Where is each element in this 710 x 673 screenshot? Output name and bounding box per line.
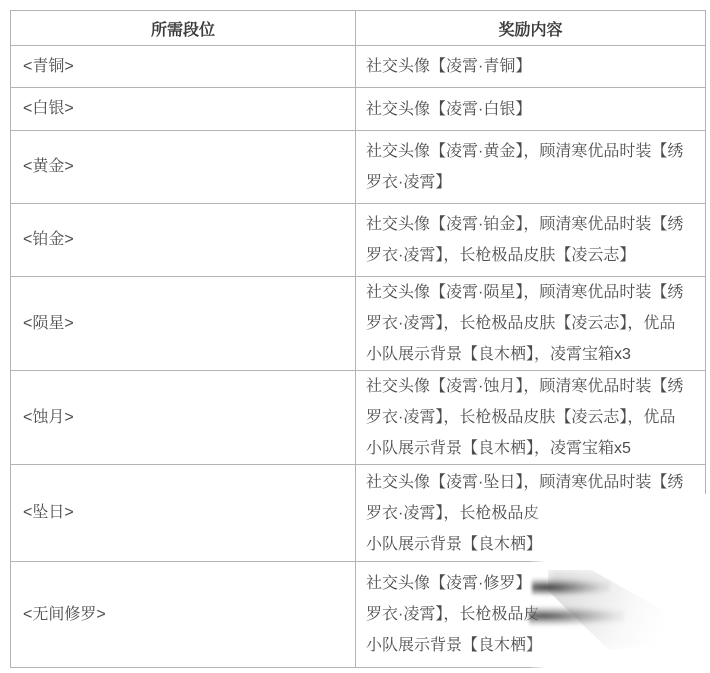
rank-cell: <白银> bbox=[11, 88, 356, 131]
rank-cell: <坠日> bbox=[11, 465, 356, 562]
reward-cell: 社交头像【凌霄·陨星】，顾清寒优品时装【绣 罗衣·凌霄】，长枪极品皮肤【凌云志】… bbox=[356, 277, 706, 371]
rank-cell: <无间修罗> bbox=[11, 562, 356, 668]
reward-cell: 社交头像【凌霄·坠日】，顾清寒优品时装【绣 罗衣·凌霄】，长枪极品皮 小队展示背… bbox=[356, 465, 706, 562]
table-header-rank: 所需段位 bbox=[11, 11, 356, 46]
reward-cell: 社交头像【凌霄·白银】 bbox=[356, 88, 706, 131]
table-row: <蚀月> 社交头像【凌霄·蚀月】，顾清寒优品时装【绣 罗衣·凌霄】，长枪极品皮肤… bbox=[11, 371, 706, 465]
reward-cell: 社交头像【凌霄·黄金】，顾清寒优品时装【绣 罗衣·凌霄】 bbox=[356, 131, 706, 204]
rank-cell: <蚀月> bbox=[11, 371, 356, 465]
table-row: <坠日> 社交头像【凌霄·坠日】，顾清寒优品时装【绣 罗衣·凌霄】，长枪极品皮 … bbox=[11, 465, 706, 562]
rank-cell: <黄金> bbox=[11, 131, 356, 204]
table-row: <陨星> 社交头像【凌霄·陨星】，顾清寒优品时装【绣 罗衣·凌霄】，长枪极品皮肤… bbox=[11, 277, 706, 371]
table-header-row: 所需段位 奖励内容 bbox=[11, 11, 706, 46]
page: 所需段位 奖励内容 <青铜> 社交头像【凌霄·青铜】 <白银> 社交头像【凌霄·… bbox=[0, 0, 710, 673]
table-row: <白银> 社交头像【凌霄·白银】 bbox=[11, 88, 706, 131]
reward-cell: 社交头像【凌霄·青铜】 bbox=[356, 46, 706, 88]
rank-cell: <陨星> bbox=[11, 277, 356, 371]
table-row: <青铜> 社交头像【凌霄·青铜】 bbox=[11, 46, 706, 88]
rank-rewards-table: 所需段位 奖励内容 <青铜> 社交头像【凌霄·青铜】 <白银> 社交头像【凌霄·… bbox=[10, 10, 706, 668]
reward-cell: 社交头像【凌霄·修罗】 罗衣·凌霄】，长枪极品皮 小队展示背景【良木栖】 bbox=[356, 562, 706, 668]
reward-cell: 社交头像【凌霄·铂金】，顾清寒优品时装【绣 罗衣·凌霄】，长枪极品皮肤【凌云志】 bbox=[356, 204, 706, 277]
table-row: <黄金> 社交头像【凌霄·黄金】，顾清寒优品时装【绣 罗衣·凌霄】 bbox=[11, 131, 706, 204]
rank-cell: <青铜> bbox=[11, 46, 356, 88]
table-row: <铂金> 社交头像【凌霄·铂金】，顾清寒优品时装【绣 罗衣·凌霄】，长枪极品皮肤… bbox=[11, 204, 706, 277]
reward-cell: 社交头像【凌霄·蚀月】，顾清寒优品时装【绣 罗衣·凌霄】，长枪极品皮肤【凌云志】… bbox=[356, 371, 706, 465]
rank-cell: <铂金> bbox=[11, 204, 356, 277]
table-row: <无间修罗> 社交头像【凌霄·修罗】 罗衣·凌霄】，长枪极品皮 小队展示背景【良… bbox=[11, 562, 706, 668]
table-header-reward: 奖励内容 bbox=[356, 11, 706, 46]
